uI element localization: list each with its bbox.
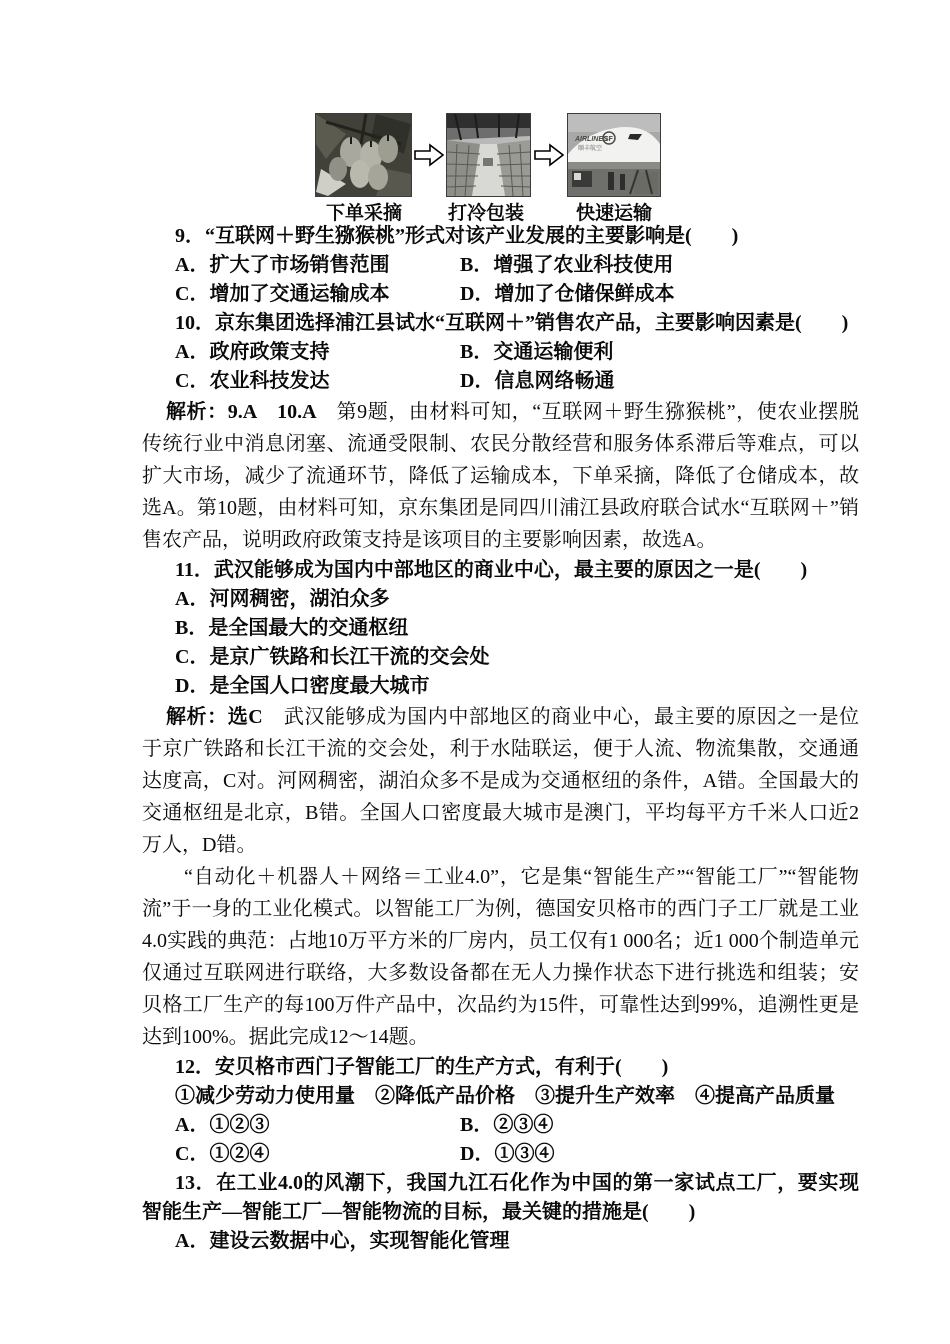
option-12d: D．①③④ bbox=[460, 1140, 859, 1169]
explanation-answers: 9.A 10.A bbox=[228, 401, 337, 423]
question-9-stem: 9．“互联网＋野生猕猴桃”形式对该产业发展的主要影响是( ) bbox=[142, 222, 859, 251]
option-11a: A．河网稠密，湖泊众多 bbox=[142, 585, 859, 614]
caption-fast-transport: 快速运输 bbox=[576, 198, 652, 225]
caption-order-picking: 下单采摘 bbox=[326, 198, 402, 225]
option-9d: D．增加了仓储保鲜成本 bbox=[460, 280, 859, 309]
option-12b: B．②③④ bbox=[460, 1111, 859, 1140]
option-12a: A．①②③ bbox=[175, 1111, 460, 1140]
kiwi-orchard-photo bbox=[315, 113, 412, 197]
explanation-label: 解析： bbox=[166, 401, 228, 423]
explanation-answers: 选C bbox=[228, 706, 284, 728]
question-10-options-cd: C．农业科技发达 D．信息网络畅通 bbox=[142, 367, 859, 396]
option-10b: B．交通运输便利 bbox=[460, 338, 859, 367]
option-10d: D．信息网络畅通 bbox=[460, 367, 859, 396]
question-9-options-ab: A．扩大了市场销售范围 B．增强了农业科技使用 bbox=[142, 251, 859, 280]
question-13-stem: 13．在工业4.0的风潮下，我国九江石化作为中国的第一家试点工厂，要实现智能生产… bbox=[142, 1169, 859, 1227]
exam-text-body: 9．“互联网＋野生猕猴桃”形式对该产业发展的主要影响是( ) A．扩大了市场销售… bbox=[142, 222, 859, 1256]
caption-cold-packing: 打冷包装 bbox=[448, 198, 524, 225]
option-9a: A．扩大了市场销售范围 bbox=[175, 251, 460, 280]
exam-page: { "figure": { "steps": [ { "image": "kiw… bbox=[0, 0, 950, 1344]
explanation-body: 武汉能够成为国内中部地区的商业中心，最主要的原因之一是位于京广铁路和长江干流的交… bbox=[142, 706, 859, 856]
option-13a: A．建设云数据中心，实现智能化管理 bbox=[142, 1227, 859, 1256]
cold-warehouse-photo bbox=[446, 113, 531, 197]
option-11d: D．是全国人口密度最大城市 bbox=[142, 672, 859, 701]
option-9b: B．增强了农业科技使用 bbox=[460, 251, 859, 280]
question-10-stem: 10．京东集团选择浦江县试水“互联网＋”销售农产品，主要影响因素是( ) bbox=[142, 309, 859, 338]
plane-logo-text: SF bbox=[604, 136, 614, 143]
right-arrow-icon bbox=[412, 142, 446, 168]
question-12-options-ab: A．①②③ B．②③④ bbox=[142, 1111, 859, 1140]
option-11c: C．是京广铁路和长江干流的交会处 bbox=[142, 643, 859, 672]
process-figure: AIRLINES SF 顺丰航空 bbox=[315, 113, 661, 197]
right-arrow-icon bbox=[531, 142, 567, 168]
explanation-q9-q10: 解析：9.A 10.A 第9题，由材料可知，“互联网＋野生猕猴桃”，使农业摆脱传… bbox=[142, 396, 859, 556]
explanation-label: 解析： bbox=[166, 706, 228, 728]
question-12-options-cd: C．①②④ D．①③④ bbox=[142, 1140, 859, 1169]
industry40-passage: “自动化＋机器人＋网络＝工业4.0”，它是集“智能生产”“智能工厂”“智能物流”… bbox=[142, 861, 859, 1053]
sf-cargo-plane-photo: AIRLINES SF 顺丰航空 bbox=[567, 113, 661, 197]
question-11-stem: 11．武汉能够成为国内中部地区的商业中心，最主要的原因之一是( ) bbox=[142, 556, 859, 585]
explanation-body: 第9题，由材料可知，“互联网＋野生猕猴桃”，使农业摆脱传统行业中消息闭塞、流通受… bbox=[142, 401, 859, 551]
question-10-options-ab: A．政府政策支持 B．交通运输便利 bbox=[142, 338, 859, 367]
explanation-q11: 解析：选C 武汉能够成为国内中部地区的商业中心，最主要的原因之一是位于京广铁路和… bbox=[142, 701, 859, 861]
question-9-options-cd: C．增加了交通运输成本 D．增加了仓储保鲜成本 bbox=[142, 280, 859, 309]
plane-cn-name: 顺丰航空 bbox=[578, 144, 602, 152]
question-12-stem: 12．安贝格市西门子智能工厂的生产方式，有利于( ) bbox=[142, 1053, 859, 1082]
option-10c: C．农业科技发达 bbox=[175, 367, 460, 396]
option-10a: A．政府政策支持 bbox=[175, 338, 460, 367]
option-11b: B．是全国最大的交通枢纽 bbox=[142, 614, 859, 643]
question-12-items: ①减少劳动力使用量 ②降低产品价格 ③提升生产效率 ④提高产品质量 bbox=[142, 1082, 859, 1111]
option-12c: C．①②④ bbox=[175, 1140, 460, 1169]
option-9c: C．增加了交通运输成本 bbox=[175, 280, 460, 309]
